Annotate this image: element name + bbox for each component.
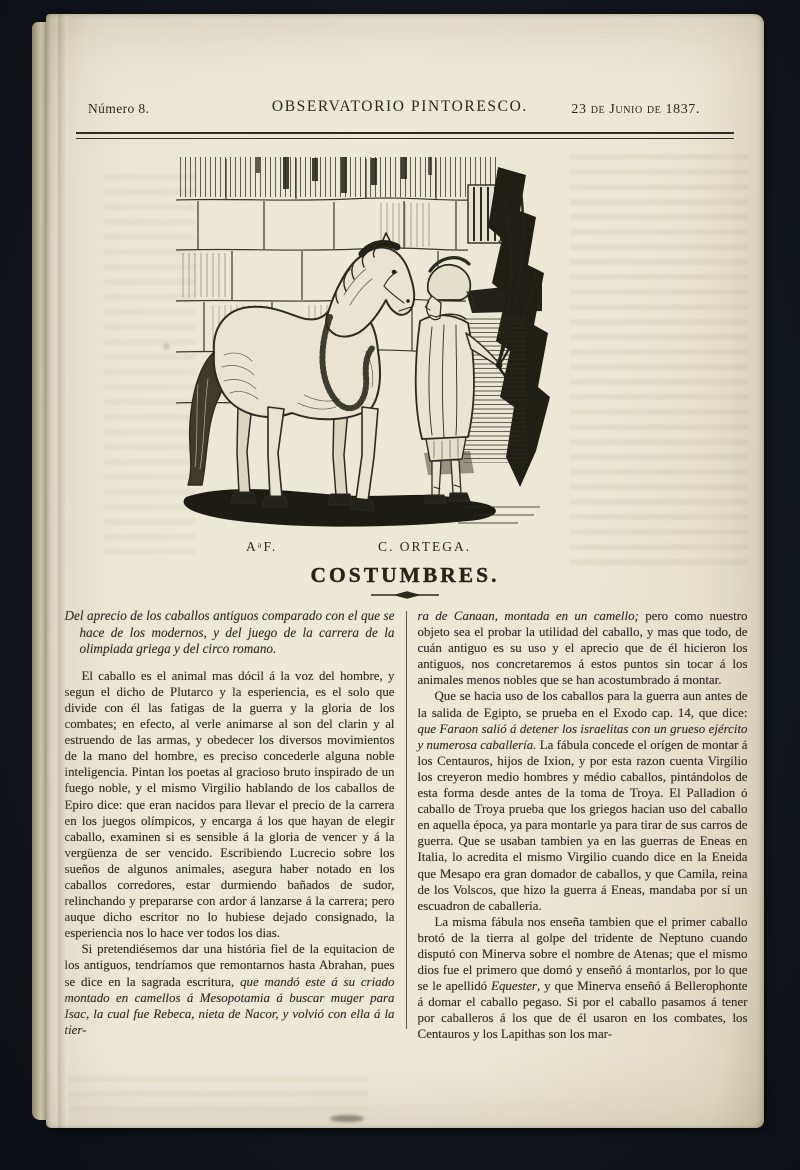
helmet <box>428 265 471 300</box>
paragraph: El caballo es el animal mas dócil á la v… <box>65 668 395 942</box>
ink-smudge <box>330 1115 364 1122</box>
paragraph: Que se hacia uso de los caballos para la… <box>418 688 748 913</box>
article-columns: Del aprecio de los caballos antiguos com… <box>46 600 764 1043</box>
page-header: Número 8. OBSERVATORIO PINTORESCO. 23 de… <box>46 14 764 122</box>
top-shadow-band <box>178 157 500 197</box>
section-title: COSTUMBRES. <box>46 563 764 588</box>
issue-number: Número 8. <box>88 101 149 116</box>
bleed-through-texture <box>570 154 748 574</box>
bleed-through-texture <box>68 1076 368 1118</box>
scanned-page-photo: { "header": { "issue_label": "Número 8."… <box>0 0 800 1170</box>
cloak <box>416 315 474 439</box>
header-rule <box>76 132 734 139</box>
engraver-signature-left: AᵃF. <box>246 539 277 555</box>
diamond-rule-icon <box>369 590 441 600</box>
title-ornament <box>46 590 764 600</box>
masthead-title: OBSERVATORIO PINTORESCO. <box>272 98 528 116</box>
horse-engraving-art <box>168 155 562 533</box>
paper-spot <box>164 344 169 349</box>
engraver-signature-right: C. ORTEGA. <box>378 539 471 555</box>
italic-text: ra de Canaan, montada en un camello; <box>418 609 639 623</box>
issue-date: 23 de Junio de 1837. <box>571 102 700 118</box>
italic-text: Equester <box>491 979 537 993</box>
horse-engraving: AᵃF. C. ORTEGA. <box>168 155 562 555</box>
italic-text: Del aprecio de los caballos antiguos com… <box>65 608 395 656</box>
column-right: ra de Canaan, montada en un camello; per… <box>407 608 748 1043</box>
body-text: El caballo es el animal mas dócil á la v… <box>65 669 395 941</box>
paragraph: Del aprecio de los caballos antiguos com… <box>65 608 395 658</box>
body-text: Que se hacia uso de los caballos para la… <box>418 689 748 719</box>
body-text: La fábula concede el orígen de montar á … <box>418 738 748 913</box>
paragraph: La misma fábula nos enseña tambien que e… <box>418 914 748 1043</box>
paragraph: Si pretendiésemos dar una história fiel … <box>65 941 395 1038</box>
newspaper-page: Número 8. OBSERVATORIO PINTORESCO. 23 de… <box>46 14 764 1128</box>
column-left: Del aprecio de los caballos antiguos com… <box>65 608 406 1043</box>
horse-head <box>326 247 414 336</box>
paragraph: ra de Canaan, montada en un camello; per… <box>418 608 748 688</box>
